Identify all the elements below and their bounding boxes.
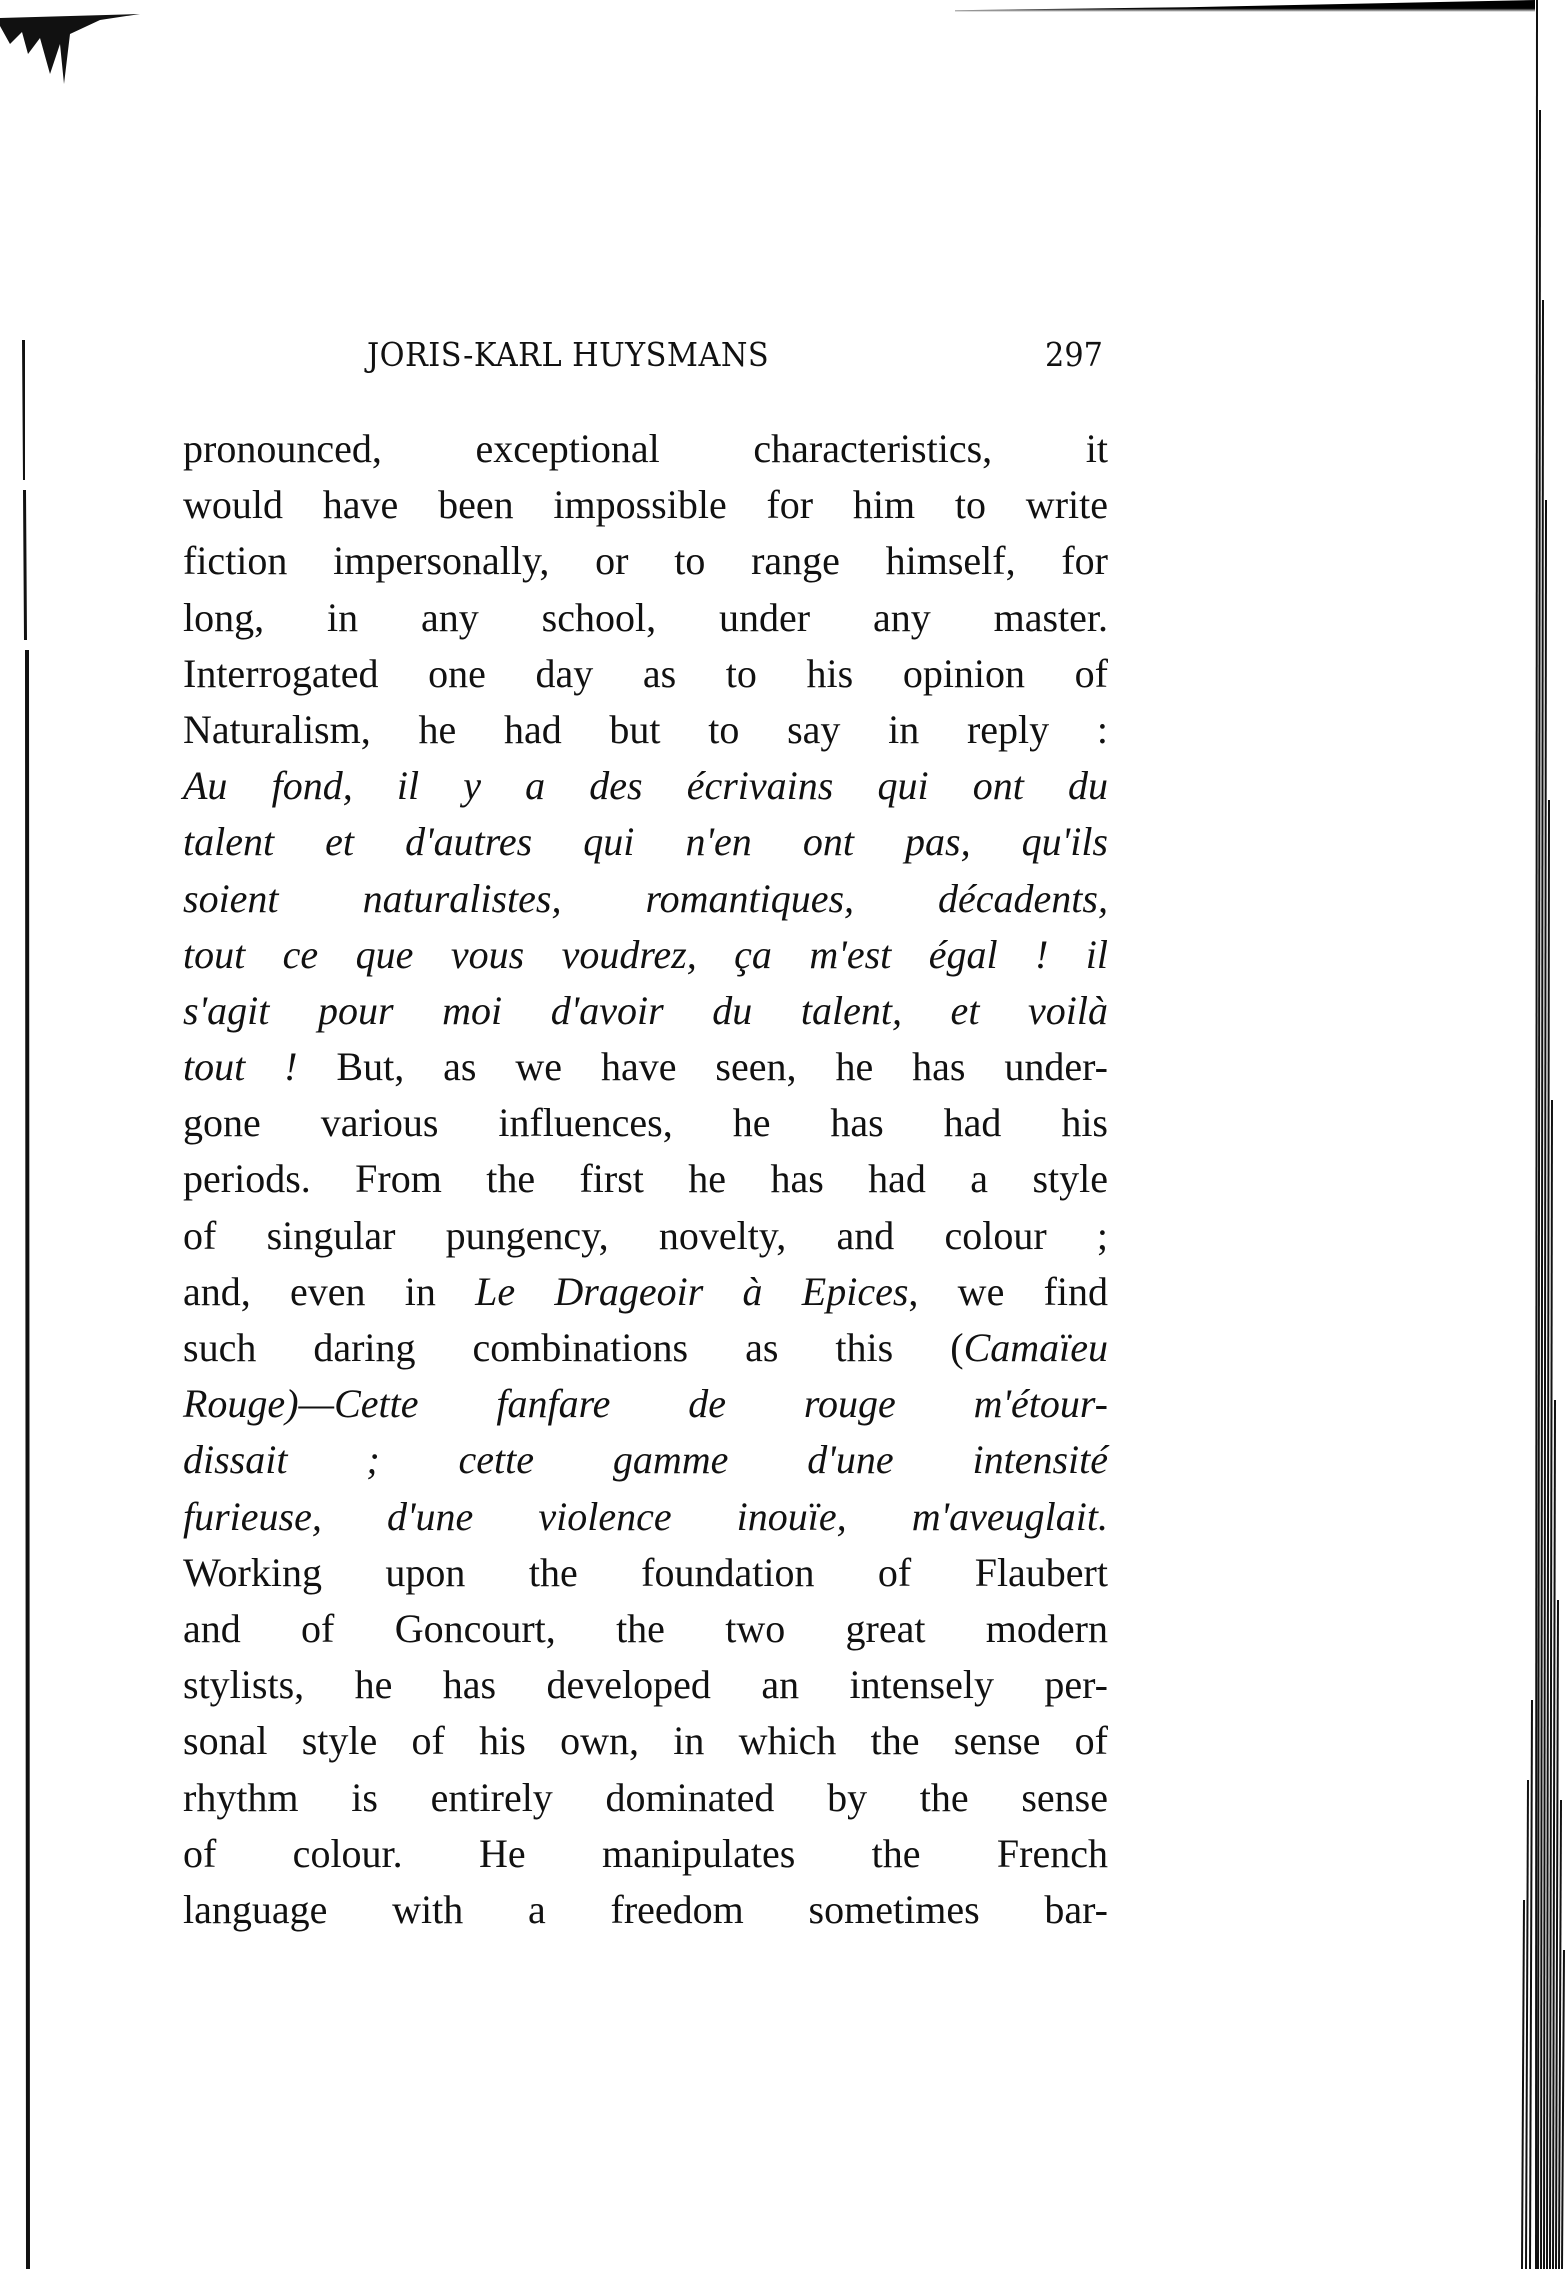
text-line: of singular pungency, novelty, and colou… (183, 1208, 1108, 1264)
text-segment: long, in any school, under any master. (183, 595, 1108, 640)
text-segment: such daring combinations as this ( (183, 1325, 964, 1370)
running-head: JORIS-KARL HUYSMANS 297 (0, 335, 1568, 385)
text-line: tout ce que vous voudrez, ça m'est égal … (183, 927, 1108, 983)
page-top-edge-shadow (955, 0, 1535, 12)
text-line: furieuse, d'une violence inouïe, m'aveug… (183, 1489, 1108, 1545)
text-segment: of colour. He manipulates the French (183, 1831, 1108, 1876)
italic-text-segment: Au fond, il y a des écrivains qui ont du (183, 763, 1108, 808)
text-line: s'agit pour moi d'avoir du talent, et vo… (183, 983, 1108, 1039)
text-line: sonal style of his own, in which the sen… (183, 1713, 1108, 1769)
text-line: Interrogated one day as to his opinion o… (183, 646, 1108, 702)
text-line: Au fond, il y a des écrivains qui ont du (183, 758, 1108, 814)
body-paragraph: pronounced, exceptional characteristics,… (183, 421, 1108, 1938)
text-line: stylists, he has developed an intensely … (183, 1657, 1108, 1713)
text-line: dissait ; cette gamme d'une intensité (183, 1432, 1108, 1488)
text-line: rhythm is entirely dominated by the sens… (183, 1770, 1108, 1826)
text-segment: gone various influences, he has had his (183, 1100, 1108, 1145)
text-segment: periods. From the first he has had a sty… (183, 1156, 1108, 1201)
text-line: soient naturalistes, romantiques, décade… (183, 871, 1108, 927)
text-line: gone various influences, he has had his (183, 1095, 1108, 1151)
text-segment: pronounced, exceptional characteristics,… (183, 426, 1108, 471)
text-segment: Interrogated one day as to his opinion o… (183, 651, 1108, 696)
italic-text-segment: Camaïeu (964, 1325, 1108, 1370)
text-line: Working upon the foundation of Flaubert (183, 1545, 1108, 1601)
text-segment: language with a freedom sometimes bar- (183, 1887, 1108, 1932)
text-line: fiction impersonally, or to range himsel… (183, 533, 1108, 589)
italic-text-segment: tout ce que vous voudrez, ça m'est égal … (183, 932, 1108, 977)
text-line: tout ! But, as we have seen, he has unde… (183, 1039, 1108, 1095)
text-segment: fiction impersonally, or to range himsel… (183, 538, 1108, 583)
text-segment: rhythm is entirely dominated by the sens… (183, 1775, 1108, 1820)
scan-blot-mark (0, 14, 140, 94)
italic-text-segment: Le Drageoir à Epices (475, 1269, 908, 1314)
text-segment: would have been impossible for him to wr… (183, 482, 1108, 527)
italic-text-segment: Rouge)—Cette fanfare de rouge m'étour- (183, 1381, 1108, 1426)
text-line: Naturalism, he had but to say in reply : (183, 702, 1108, 758)
text-segment: But, as we have seen, he has under- (297, 1044, 1108, 1089)
text-line: would have been impossible for him to wr… (183, 477, 1108, 533)
text-line: pronounced, exceptional characteristics,… (183, 421, 1108, 477)
text-line: talent et d'autres qui n'en ont pas, qu'… (183, 814, 1108, 870)
italic-text-segment: talent et d'autres qui n'en ont pas, qu'… (183, 819, 1108, 864)
italic-text-segment: dissait ; cette gamme d'une intensité (183, 1437, 1108, 1482)
italic-text-segment: furieuse, d'une violence inouïe, m'aveug… (183, 1494, 1108, 1539)
text-line: Rouge)—Cette fanfare de rouge m'étour- (183, 1376, 1108, 1432)
text-line: long, in any school, under any master. (183, 590, 1108, 646)
italic-text-segment: s'agit pour moi d'avoir du talent, et vo… (183, 988, 1108, 1033)
italic-text-segment: tout ! (183, 1044, 297, 1089)
left-binding-edge (20, 340, 32, 2269)
text-segment: sonal style of his own, in which the sen… (183, 1718, 1108, 1763)
text-segment: Working upon the foundation of Flaubert (183, 1550, 1108, 1595)
text-segment: of singular pungency, novelty, and colou… (183, 1213, 1108, 1258)
text-line: such daring combinations as this (Camaïe… (183, 1320, 1108, 1376)
text-line: language with a freedom sometimes bar- (183, 1882, 1108, 1938)
running-head-title: JORIS-KARL HUYSMANS (367, 335, 769, 374)
text-line: and, even in Le Drageoir à Epices, we fi… (183, 1264, 1108, 1320)
text-segment: and, even in (183, 1269, 475, 1314)
text-line: of colour. He manipulates the French (183, 1826, 1108, 1882)
text-line: periods. From the first he has had a sty… (183, 1151, 1108, 1207)
text-segment: stylists, he has developed an intensely … (183, 1662, 1108, 1707)
text-line: and of Goncourt, the two great modern (183, 1601, 1108, 1657)
text-segment: Naturalism, he had but to say in reply : (183, 707, 1108, 752)
text-segment: , we find (908, 1269, 1108, 1314)
italic-text-segment: soient naturalistes, romantiques, décade… (183, 876, 1108, 921)
text-segment: and of Goncourt, the two great modern (183, 1606, 1108, 1651)
page-number: 297 (1045, 335, 1103, 374)
scanned-book-page: JORIS-KARL HUYSMANS 297 pronounced, exce… (0, 0, 1568, 2269)
